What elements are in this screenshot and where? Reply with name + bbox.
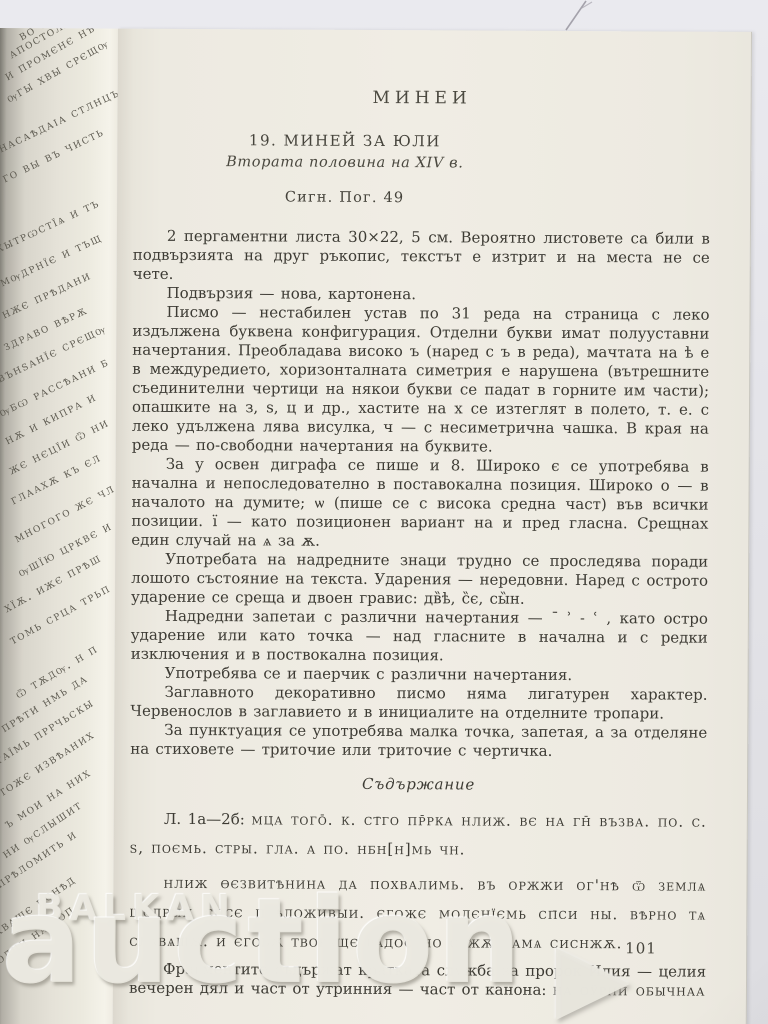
folio-reference: Л. 1а—2б: [164,810,252,828]
section-title: 19. МИНЕЙ ЗА ЮЛИ [56,130,633,151]
section-subtitle: Втората половина на XIV в. [56,153,633,172]
slavonic-quote-1: Л. 1а—2б: мц̄а того̄. к. ст̄го пр̄рка нл… [130,805,707,866]
paragraph: За пунктуация се употребява малка точка,… [130,721,707,762]
section-heading-block: 19. МИНЕЙ ЗА ЮЛИ Втората половина на XIV… [56,130,633,172]
slavonic-quote-2: нлиж ѳєзвитѣнина да похвалимь. въ оржжи … [129,869,706,959]
open-book: во ѿ дрѹг апостола є с и промєнє нѣ ѹгы … [0,28,752,1024]
watermark-arrow-icon [556,948,630,1020]
paragraph: 2 пергаментни листа 30×22, 5 см. Вероятн… [133,227,710,287]
running-head: МИНЕИ [134,87,711,110]
paragraph: Заглавното декоративно писмо няма лигату… [130,683,707,724]
body-text: 2 пергаментни листа 30×22, 5 см. Вероятн… [129,227,710,1001]
paragraph: Надредни запетаи с различни начертания —… [131,607,708,667]
facing-page: во ѿ дрѹг апостола є с и промєнє нѣ ѹгы … [0,28,118,1024]
book-photo: во ѿ дрѹг апостола є с и промєнє нѣ ѹгы … [0,0,768,1024]
contents-heading: Съдържание [130,774,707,796]
manuscript-signature: Сигн. Пог. 49 [56,188,633,207]
main-page: МИНЕИ 19. МИНЕЙ ЗА ЮЛИ Втората половина … [113,29,752,1024]
paragraph: За у освен диграфа се пише и 8. Широко є… [131,455,708,553]
paragraph: Писмо — нестабилен устав по 31 реда на с… [132,303,710,458]
paragraph: Употребата на надредните знаци трудно се… [131,550,708,610]
pencil-scratch-mark [552,0,612,34]
